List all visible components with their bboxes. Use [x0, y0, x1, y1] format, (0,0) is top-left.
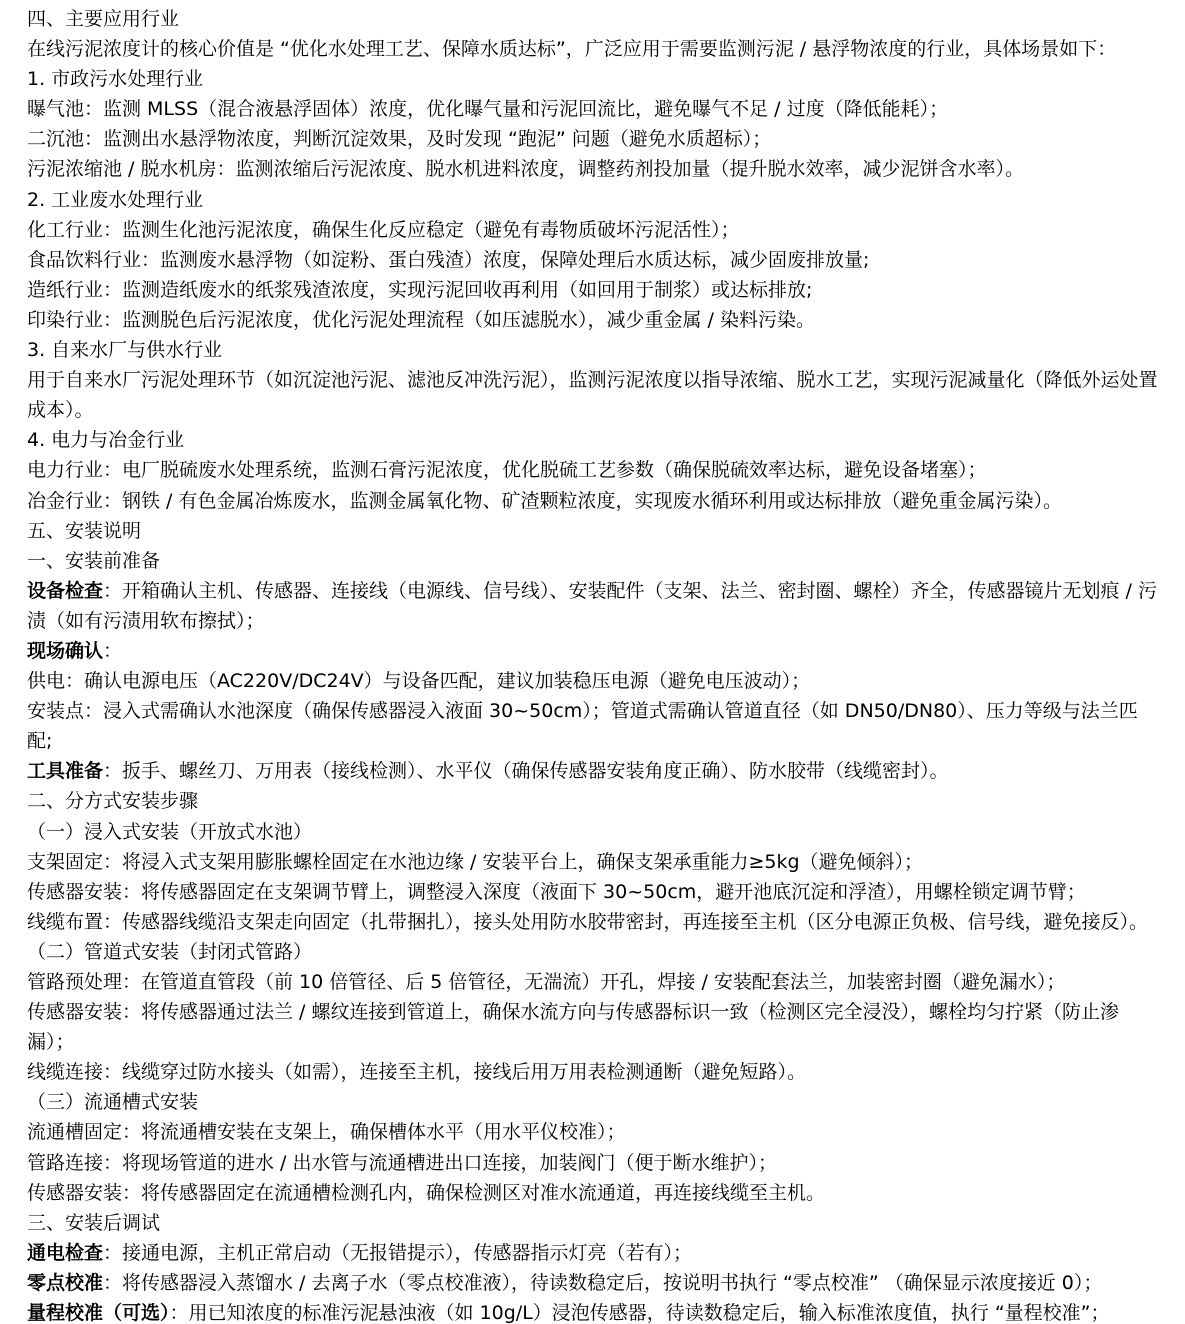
- doc-line: 2. 工业废水处理行业: [27, 185, 1165, 215]
- document-body: 四、主要应用行业在线污泥浓度计的核心价值是 “优化水处理工艺、保障水质达标”，广…: [27, 4, 1165, 1324]
- doc-line: 电力行业：电厂脱硫废水处理系统，监测石膏污泥浓度，优化脱硫工艺参数（确保脱硫效率…: [27, 455, 1165, 485]
- doc-line: 通电检查：接通电源，主机正常启动（无报错提示），传感器指示灯亮（若有）；: [27, 1238, 1165, 1268]
- doc-line: 渍（如有污渍用软布擦拭）；: [27, 606, 1165, 636]
- doc-line-bold-label: 工具准备: [27, 760, 103, 782]
- doc-line: 线缆连接：线缆穿过防水接头（如需），连接至主机，接线后用万用表检测通断（避免短路…: [27, 1057, 1165, 1087]
- doc-line: 线缆布置：传感器线缆沿支架走向固定（扎带捆扎），接头处用防水胶带密封，再连接至主…: [27, 907, 1165, 937]
- doc-line: 漏）；: [27, 1027, 1165, 1057]
- doc-line: 配;: [27, 726, 1165, 756]
- doc-line-bold-label: 零点校准: [27, 1272, 103, 1294]
- doc-line-bold-label: 现场确认: [27, 640, 103, 662]
- doc-line: 供电：确认电源电压（AC220V/DC24V）与设备匹配，建议加装稳压电源（避免…: [27, 666, 1165, 696]
- doc-line: 冶金行业：钢铁 / 有色金属冶炼废水，监测金属氧化物、矿渣颗粒浓度，实现废水循环…: [27, 486, 1165, 516]
- doc-line: 传感器安装：将传感器固定在流通槽检测孔内，确保检测区对准水流通道，再连接线缆至主…: [27, 1178, 1165, 1208]
- doc-line: 3. 自来水厂与供水行业: [27, 335, 1165, 365]
- doc-line: 现场确认：: [27, 636, 1165, 666]
- doc-line: 量程校准（可选）：用已知浓度的标准污泥悬浊液（如 10g/L）浸泡传感器，待读数…: [27, 1298, 1165, 1324]
- doc-line: 在线污泥浓度计的核心价值是 “优化水处理工艺、保障水质达标”，广泛应用于需要监测…: [27, 34, 1165, 64]
- doc-line: 设备检查：开箱确认主机、传感器、连接线（电源线、信号线）、安装配件（支架、法兰、…: [27, 576, 1165, 606]
- doc-line: 食品饮料行业：监测废水悬浮物（如淀粉、蛋白残渣）浓度，保障处理后水质达标，减少固…: [27, 245, 1165, 275]
- doc-line: 1. 市政污水处理行业: [27, 64, 1165, 94]
- doc-line: 传感器安装：将传感器固定在支架调节臂上，调整浸入深度（液面下 30~50cm，避…: [27, 877, 1165, 907]
- doc-line: 二、分方式安装步骤: [27, 786, 1165, 816]
- doc-line: 成本）。: [27, 395, 1165, 425]
- document-page: 四、主要应用行业在线污泥浓度计的核心价值是 “优化水处理工艺、保障水质达标”，广…: [0, 0, 1185, 1324]
- doc-line: 传感器安装：将传感器通过法兰 / 螺纹连接到管道上，确保水流方向与传感器标识一致…: [27, 997, 1165, 1027]
- doc-line-bold-label: 设备检查: [27, 580, 103, 602]
- doc-line: 安装点：浸入式需确认水池深度（确保传感器浸入液面 30~50cm）；管道式需确认…: [27, 696, 1165, 726]
- doc-line: 4. 电力与冶金行业: [27, 425, 1165, 455]
- doc-line: 四、主要应用行业: [27, 4, 1165, 34]
- doc-line-bold-label: 量程校准（可选）: [27, 1302, 170, 1324]
- doc-line: 零点校准：将传感器浸入蒸馏水 / 去离子水（零点校准液），待读数稳定后，按说明书…: [27, 1268, 1165, 1298]
- doc-line: 化工行业：监测生化池污泥浓度，确保生化反应稳定（避免有毒物质破坏污泥活性）；: [27, 215, 1165, 245]
- doc-line: 五、安装说明: [27, 516, 1165, 546]
- doc-line: 工具准备：扳手、螺丝刀、万用表（接线检测）、水平仪（确保传感器安装角度正确）、防…: [27, 756, 1165, 786]
- doc-line: 支架固定：将浸入式支架用膨胀螺栓固定在水池边缘 / 安装平台上，确保支架承重能力…: [27, 847, 1165, 877]
- doc-line: 一、安装前准备: [27, 546, 1165, 576]
- doc-line: 印染行业：监测脱色后污泥浓度，优化污泥处理流程（如压滤脱水），减少重金属 / 染…: [27, 305, 1165, 335]
- doc-line-bold-label: 通电检查: [27, 1242, 103, 1264]
- doc-line: （三）流通槽式安装: [27, 1087, 1165, 1117]
- doc-line: （一）浸入式安装（开放式水池）: [27, 817, 1165, 847]
- doc-line: 造纸行业：监测造纸废水的纸浆残渣浓度，实现污泥回收再利用（如回用于制浆）或达标排…: [27, 275, 1165, 305]
- doc-line: 管路预处理：在管道直管段（前 10 倍管径、后 5 倍管径，无湍流）开孔，焊接 …: [27, 967, 1165, 997]
- doc-line: 二沉池：监测出水悬浮物浓度，判断沉淀效果，及时发现 “跑泥” 问题（避免水质超标…: [27, 124, 1165, 154]
- doc-line: 曝气池：监测 MLSS（混合液悬浮固体）浓度，优化曝气量和污泥回流比，避免曝气不…: [27, 94, 1165, 124]
- doc-line: 污泥浓缩池 / 脱水机房：监测浓缩后污泥浓度、脱水机进料浓度，调整药剂投加量（提…: [27, 154, 1165, 184]
- doc-line: 用于自来水厂污泥处理环节（如沉淀池污泥、滤池反冲洗污泥），监测污泥浓度以指导浓缩…: [27, 365, 1165, 395]
- doc-line: 三、安装后调试: [27, 1208, 1165, 1238]
- doc-line: 管路连接：将现场管道的进水 / 出水管与流通槽进出口连接，加装阀门（便于断水维护…: [27, 1148, 1165, 1178]
- doc-line: （二）管道式安装（封闭式管路）: [27, 937, 1165, 967]
- doc-line: 流通槽固定：将流通槽安装在支架上，确保槽体水平（用水平仪校准）；: [27, 1117, 1165, 1147]
